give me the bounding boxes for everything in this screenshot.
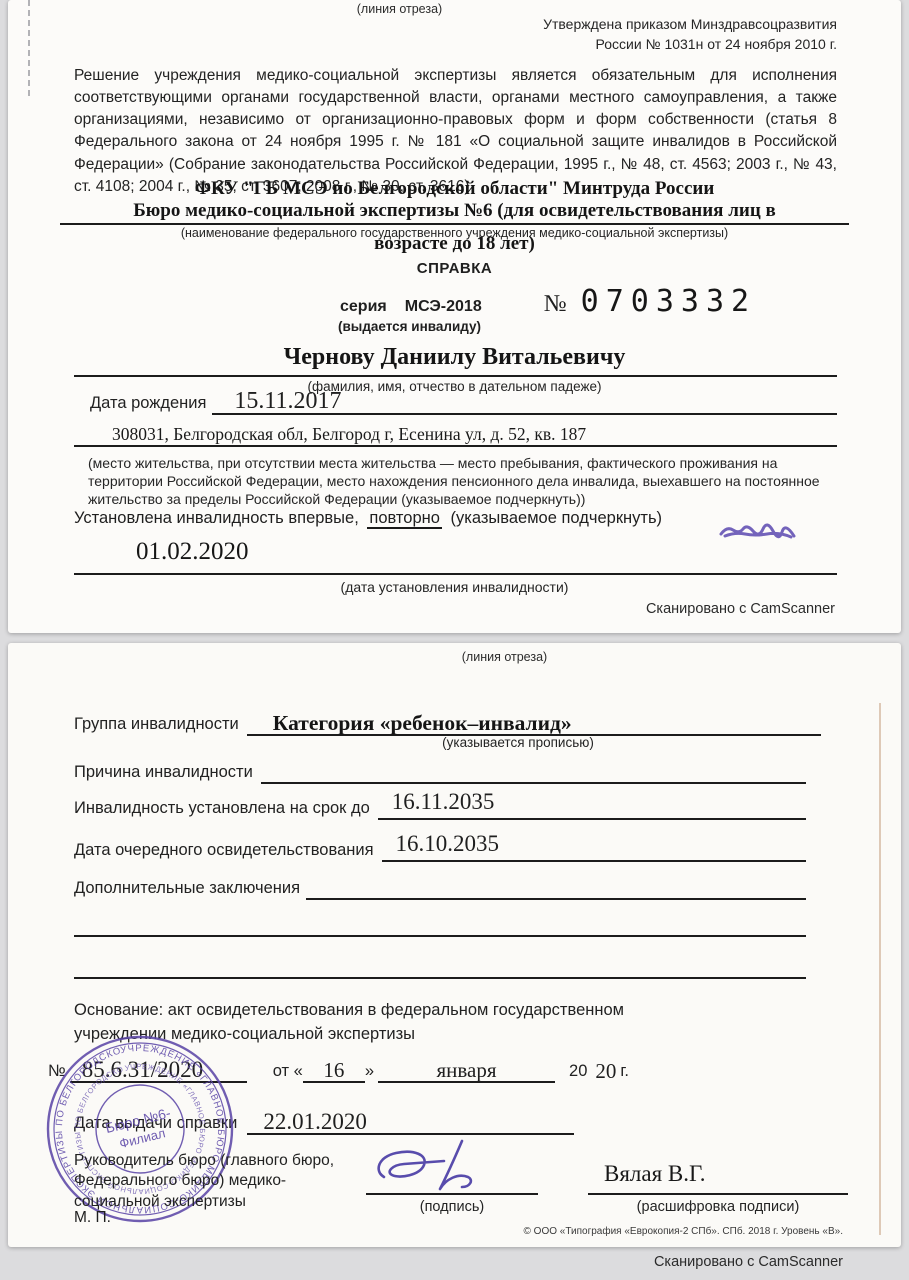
- signature-name: Вялая В.Г.: [604, 1161, 705, 1187]
- approval-line-2: России № 1031н от 24 ноября 2010 г.: [543, 35, 837, 55]
- act-from-label: от «: [273, 1062, 303, 1081]
- series-number-row: серия МСЭ-2018 № 0703332: [340, 284, 756, 319]
- cause-label: Причина инвалидности: [74, 763, 253, 782]
- act-month-value: января: [437, 1058, 497, 1083]
- disability-cause-row: Причина инвалидности: [74, 765, 806, 784]
- document-title: СПРАВКА: [8, 260, 901, 277]
- address-value: 308031, Белгородская обл, Белгород г, Ес…: [112, 424, 586, 444]
- approval-note: Утверждена приказом Минздравсоцразвития …: [543, 15, 837, 54]
- blank-line-2: [74, 977, 806, 979]
- term-label: Инвалидность установлена на срок до: [74, 799, 370, 818]
- birth-date-row: Дата рождения 15.11.2017: [90, 386, 837, 415]
- birth-date-value: 15.11.2017: [212, 388, 341, 415]
- birth-date-label: Дата рождения: [90, 394, 206, 413]
- approval-line-1: Утверждена приказом Минздравсоцразвития: [543, 15, 837, 35]
- group-value: Категория «ребенок–инвалид»: [247, 711, 572, 736]
- certificate-page-back: (линия отреза) Группа инвалидности Катег…: [8, 643, 901, 1247]
- signature-line: [366, 1193, 538, 1195]
- group-caption: (указывается прописью): [308, 735, 728, 750]
- disability-group-row: Группа инвалидности Категория «ребенок–и…: [74, 709, 821, 736]
- org-name-line-1: ФКУ "ГБ МСЭ по Белгородской области" Мин…: [8, 178, 901, 200]
- org-name-line-3: возрасте до 18 лет): [8, 233, 901, 255]
- issue-date-value: 22.01.2020: [247, 1109, 367, 1135]
- blank-line-1: [74, 935, 806, 937]
- established-underlined-option: повторно: [367, 509, 442, 529]
- additional-conclusions-row: Дополнительные заключения: [74, 881, 806, 900]
- signature-name-caption: (расшифровка подписи): [588, 1199, 848, 1215]
- certificate-page-front: (линия отреза) Утверждена приказом Минзд…: [8, 0, 901, 633]
- established-suffix: (указываемое подчеркнуть): [451, 509, 663, 527]
- cut-line-label: (линия отреза): [8, 2, 791, 16]
- org-name-line-2: Бюро медико-социальной экспертизы №6 (дл…: [60, 200, 849, 225]
- series-label: серия: [340, 298, 387, 316]
- scan-edge-artifact: [879, 703, 881, 1235]
- holder-name: Чернову Даниилу Витальевичу: [8, 344, 901, 371]
- act-year-prefix: 20: [569, 1062, 587, 1081]
- established-row: Установлена инвалидность впервые, повтор…: [74, 509, 662, 528]
- holder-name-line: [74, 375, 837, 377]
- printing-house-note: © ООО «Типография «Еврокопия-2 СПб». СПб…: [524, 1226, 843, 1237]
- head-signature: [370, 1137, 540, 1195]
- bureau-head-label: Руководитель бюро (главного бюро, Федера…: [74, 1151, 344, 1212]
- cut-line-label-2: (линия отреза): [108, 650, 901, 664]
- next-exam-value: 16.10.2035: [382, 831, 500, 857]
- camscanner-note-page2: Сканировано с CamScanner: [654, 1254, 843, 1270]
- number-sign: №: [544, 291, 567, 318]
- established-prefix: Установлена инвалидность впервые,: [74, 509, 359, 527]
- issued-to-caption: (выдается инвалиду): [8, 319, 811, 334]
- next-examination-row: Дата очередного освидетельствования 16.1…: [74, 831, 806, 862]
- certificate-number: 0703332: [581, 284, 756, 319]
- next-exam-label: Дата очередного освидетельствования: [74, 841, 374, 860]
- address-row: 308031, Белгородская обл, Белгород г, Ес…: [74, 424, 837, 447]
- ink-scribble-mark: [715, 512, 807, 546]
- act-year-value: 20: [595, 1059, 616, 1084]
- scanned-document-canvas: { "colors": { "ink": "#1c1c1c", "stamp_i…: [0, 0, 909, 1280]
- established-date-caption: (дата установления инвалидности): [8, 579, 901, 595]
- additional-label: Дополнительные заключения: [74, 879, 300, 898]
- series-value: МСЭ-2018: [405, 298, 482, 316]
- established-date-line: [74, 573, 837, 575]
- address-caption: (место жительства, при отсутствии места …: [88, 455, 823, 509]
- signature-name-line: [588, 1193, 848, 1195]
- group-label: Группа инвалидности: [74, 715, 239, 734]
- established-date-value: 01.02.2020: [136, 538, 249, 566]
- disability-term-row: Инвалидность установлена на срок до 16.1…: [74, 789, 806, 820]
- act-quote-close: »: [365, 1062, 374, 1081]
- signature-caption: (подпись): [366, 1199, 538, 1215]
- act-year-suffix: г.: [620, 1062, 629, 1081]
- camscanner-note-page1: Сканировано с CamScanner: [646, 601, 835, 617]
- act-day-value: 16: [323, 1058, 344, 1083]
- stamp-place-label: М. П.: [74, 1209, 111, 1227]
- term-value: 16.11.2035: [378, 789, 495, 815]
